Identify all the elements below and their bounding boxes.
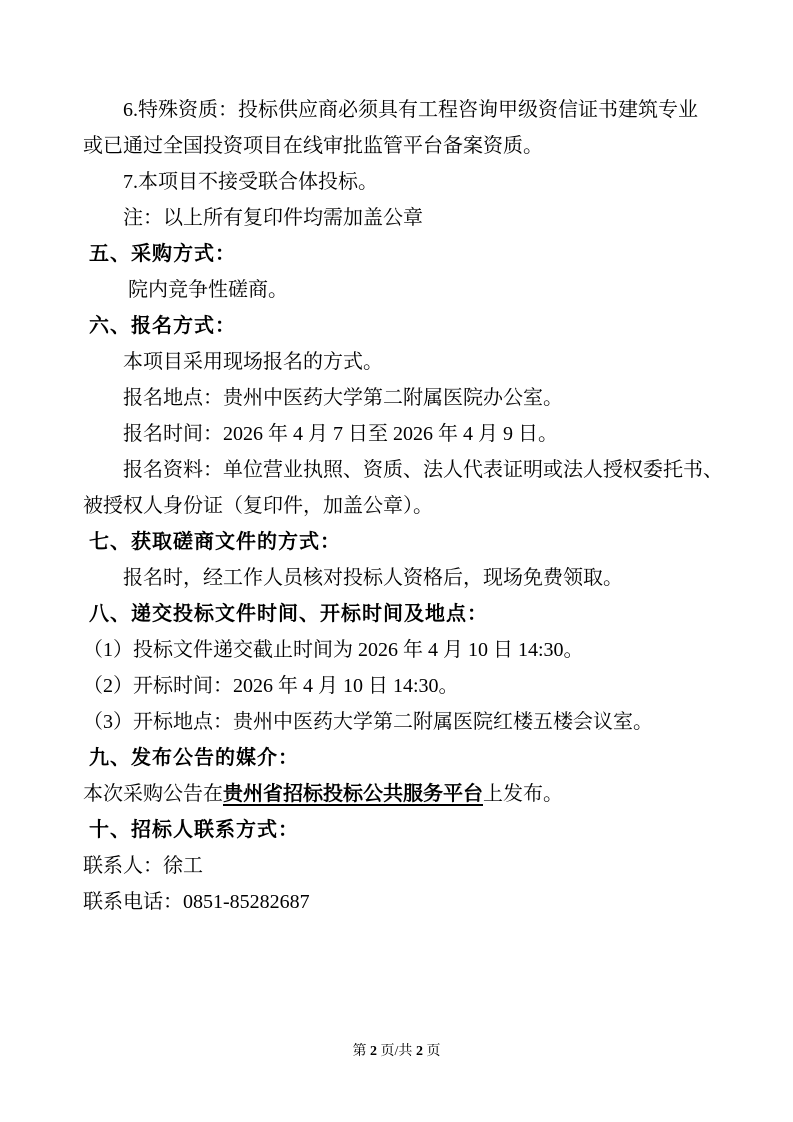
footer-label-suffix: 页 bbox=[423, 1044, 441, 1059]
announcement-media-value: 本次采购公告在贵州省招标投标公共服务平台上发布。 bbox=[83, 776, 733, 812]
footer-page-total: 2 bbox=[416, 1044, 423, 1059]
contact-person: 联系人：徐工 bbox=[83, 848, 733, 884]
platform-name-emphasis: 贵州省招标投标公共服务平台 bbox=[223, 783, 483, 805]
heading-9-announcement-media: 九、发布公告的媒介： bbox=[83, 740, 733, 776]
obtain-documents-method-value: 报名时，经工作人员核对投标人资格后，现场免费领取。 bbox=[83, 560, 733, 596]
line-text: 本项目采用现场报名的方式。 bbox=[123, 351, 383, 373]
line-text: 院内竞争性磋商。 bbox=[123, 279, 288, 301]
line-text: 九、发布公告的媒介： bbox=[89, 747, 299, 769]
line-text: 7.本项目不接受联合体投标。 bbox=[123, 171, 378, 193]
line-text: 七、获取磋商文件的方式： bbox=[89, 531, 341, 553]
line-text: 或已通过全国投资项目在线审批监管平台备案资质。 bbox=[83, 135, 543, 157]
line-text: （1）投标文件递交截止时间为 2026 年 4 月 10 日 14:30。 bbox=[83, 639, 584, 661]
footer-page-number: 2 bbox=[370, 1044, 377, 1059]
line-text: （2）开标时间：2026 年 4 月 10 日 14:30。 bbox=[83, 675, 459, 697]
note-all-copies-sealed: 注：以上所有复印件均需加盖公章 bbox=[83, 200, 733, 236]
registration-materials-line2: 被授权人身份证（复印件，加盖公章）。 bbox=[83, 488, 733, 524]
line-text: 报名时，经工作人员核对投标人资格后，现场免费领取。 bbox=[123, 567, 623, 589]
bid-opening-place: （3）开标地点：贵州中医药大学第二附属医院红楼五楼会议室。 bbox=[83, 704, 733, 740]
page-footer: 第 2 页/共 2 页 bbox=[0, 1042, 793, 1062]
submission-deadline: （1）投标文件递交截止时间为 2026 年 4 月 10 日 14:30。 bbox=[83, 632, 733, 668]
registration-method-value: 本项目采用现场报名的方式。 bbox=[83, 344, 733, 380]
heading-8-submission-and-opening: 八、递交投标文件时间、开标时间及地点： bbox=[83, 596, 733, 632]
line-text: 报名资料：单位营业执照、资质、法人代表证明或法人授权委托书、 bbox=[123, 459, 723, 481]
line-text: 本次采购公告在 bbox=[83, 783, 223, 805]
footer-label-middle: 页/共 bbox=[377, 1044, 416, 1059]
line-text: 注：以上所有复印件均需加盖公章 bbox=[123, 207, 423, 229]
clause-6-special-qualification-line2: 或已通过全国投资项目在线审批监管平台备案资质。 bbox=[83, 128, 733, 164]
contact-phone: 联系电话：0851-85282687 bbox=[83, 884, 733, 920]
bid-opening-time: （2）开标时间：2026 年 4 月 10 日 14:30。 bbox=[83, 668, 733, 704]
heading-6-registration-method: 六、报名方式： bbox=[83, 308, 733, 344]
heading-5-procurement-method: 五、采购方式： bbox=[83, 236, 733, 272]
line-text: 联系电话：0851-85282687 bbox=[83, 891, 310, 913]
line-text: 六、报名方式： bbox=[89, 315, 236, 337]
document-body: 6.特殊资质：投标供应商必须具有工程咨询甲级资信证书建筑专业或已通过全国投资项目… bbox=[83, 92, 733, 920]
line-text: 上发布。 bbox=[483, 783, 563, 805]
footer-label-prefix: 第 bbox=[353, 1044, 371, 1059]
clause-7-no-consortium-bid: 7.本项目不接受联合体投标。 bbox=[83, 164, 733, 200]
line-text: 报名时间：2026 年 4 月 7 日至 2026 年 4 月 9 日。 bbox=[123, 423, 558, 445]
line-text: 五、采购方式： bbox=[89, 243, 236, 265]
line-text: 十、招标人联系方式： bbox=[89, 819, 299, 841]
registration-place: 报名地点：贵州中医药大学第二附属医院办公室。 bbox=[83, 380, 733, 416]
heading-10-tenderer-contact: 十、招标人联系方式： bbox=[83, 812, 733, 848]
line-text: 报名地点：贵州中医药大学第二附属医院办公室。 bbox=[123, 387, 563, 409]
heading-7-obtain-negotiation-documents: 七、获取磋商文件的方式： bbox=[83, 524, 733, 560]
registration-time: 报名时间：2026 年 4 月 7 日至 2026 年 4 月 9 日。 bbox=[83, 416, 733, 452]
line-text: 6.特殊资质：投标供应商必须具有工程咨询甲级资信证书建筑专业 bbox=[123, 99, 698, 121]
line-text: 联系人：徐工 bbox=[83, 855, 203, 877]
clause-6-special-qualification-line1: 6.特殊资质：投标供应商必须具有工程咨询甲级资信证书建筑专业 bbox=[83, 92, 733, 128]
line-text: 被授权人身份证（复印件，加盖公章）。 bbox=[83, 495, 433, 517]
procurement-method-value: 院内竞争性磋商。 bbox=[83, 272, 733, 308]
line-text: 八、递交投标文件时间、开标时间及地点： bbox=[89, 603, 488, 625]
registration-materials-line1: 报名资料：单位营业执照、资质、法人代表证明或法人授权委托书、 bbox=[83, 452, 733, 488]
document-page: 6.特殊资质：投标供应商必须具有工程咨询甲级资信证书建筑专业或已通过全国投资项目… bbox=[0, 0, 793, 1122]
line-text: （3）开标地点：贵州中医药大学第二附属医院红楼五楼会议室。 bbox=[83, 711, 653, 733]
